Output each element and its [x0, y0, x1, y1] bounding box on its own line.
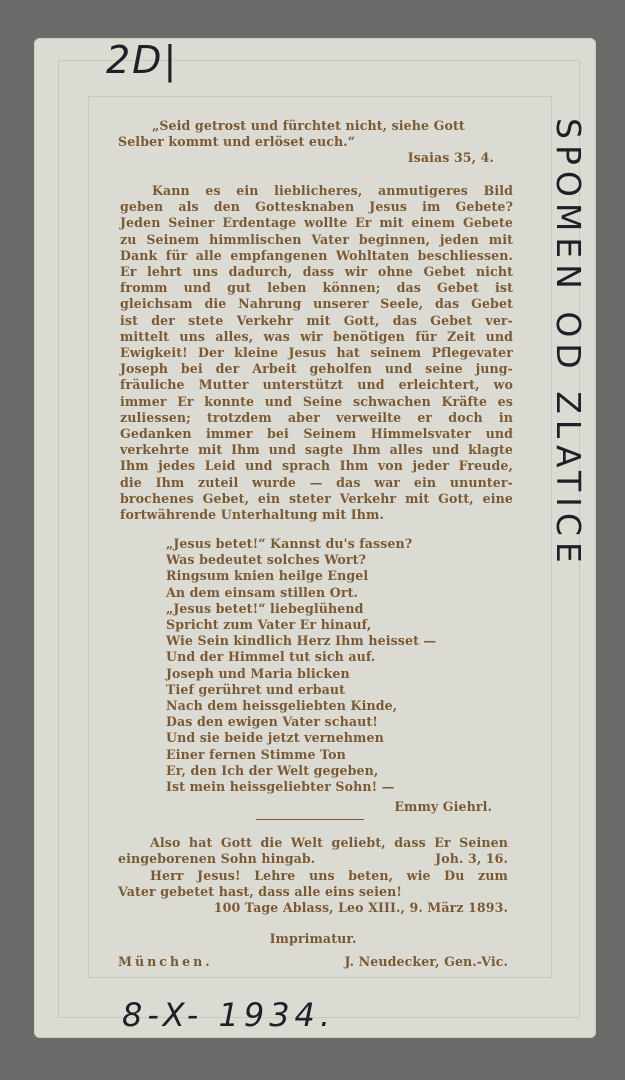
poem-line: Das den ewigen Vater schaut! [166, 714, 506, 730]
prayer-line-1: Herr Jesus! Lehre uns beten, wie Du zum [118, 868, 508, 884]
epigraph-reference: Isaias 35, 4. [118, 150, 514, 166]
body-line: verkehrte mit Ihm und sagte Ihm alles un… [120, 442, 513, 458]
body-line: Gedanken immer bei Seinem Himmelsvater u… [120, 426, 513, 442]
body-line: mittelt uns alles, was wir benötigen für… [120, 329, 513, 345]
body-line: brochenes Gebet, ein steter Verkehr mit … [120, 491, 513, 507]
body-line: Ihm jedes Leid und sprach Ihm von jeder … [120, 458, 513, 474]
prayer: Herr Jesus! Lehre uns beten, wie Du zum … [118, 868, 508, 917]
scripture-quote: Also hat Gott die Welt geliebt, dass Er … [118, 835, 508, 867]
body-line: ist der stete Verkehr mit Gott, das Gebe… [120, 313, 513, 329]
scripture-reference: Joh. 3, 16. [435, 851, 508, 867]
imprimatur-label: Imprimatur. [118, 931, 508, 947]
imprimatur-city: München. [118, 954, 213, 970]
body-paragraph: Kann es ein lieblicheres, anmutigeres Bi… [120, 183, 513, 523]
body-line: Ewigkeit! Der kleine Jesus hat seinem Pf… [120, 345, 513, 361]
imprimatur-signatory: J. Neudecker, Gen.-Vic. [300, 954, 508, 970]
body-line: fortwährende Unterhaltung mit Ihm. [120, 507, 513, 523]
poem-line: Und der Himmel tut sich auf. [166, 649, 506, 665]
body-line: fräuliche Mutter unterstützt und erleich… [120, 377, 513, 393]
poem: „Jesus betet!“ Kannst du's fassen? Was b… [166, 536, 506, 815]
epigraph-line-2: Selber kommt und erlöset euch.“ [118, 134, 514, 150]
scripture-line-2: eingeborenen Sohn hingab. Joh. 3, 16. [118, 851, 508, 867]
body-line: die Ihm zuteil wurde — das war ein ununt… [120, 475, 513, 491]
poem-line: Wie Sein kindlich Herz Ihm heisset — [166, 633, 506, 649]
city-text: München. [118, 954, 213, 970]
body-line: gleichsam die Nahrung unserer Seele, das… [120, 296, 513, 312]
poem-line: Einer fernen Stimme Ton [166, 747, 506, 763]
poem-line: Was bedeutet solches Wort? [166, 552, 506, 568]
body-line: fromm und gut leben können; das Gebet is… [120, 280, 513, 296]
body-line: Dank für alle empfangenen Wohltaten besc… [120, 248, 513, 264]
scripture-line-1: Also hat Gott die Welt geliebt, dass Er … [118, 835, 508, 851]
body-line: Er lehrt uns dadurch, dass wir ohne Gebe… [120, 264, 513, 280]
prayer-line-2: Vater gebetet hast, dass alle eins seien… [118, 884, 508, 900]
epigraph: „Seid getrost und fürchtet nicht, siehe … [118, 118, 514, 167]
body-line: Joseph bei der Arbeit geholfen und seine… [120, 361, 513, 377]
poem-line: Ringsum knien heilge Engel [166, 568, 506, 584]
scripture-text: eingeborenen Sohn hingab. [118, 851, 315, 867]
body-line: zuliessen; trotzdem aber verweilte er do… [120, 410, 513, 426]
poem-line: Er, den Ich der Welt gegeben, [166, 763, 506, 779]
body-line: Jeden Seiner Erdentage wollte Er mit ein… [120, 215, 513, 231]
indulgence-note: 100 Tage Ablass, Leo XIII., 9. März 1893… [118, 900, 508, 916]
body-line: geben als den Gottesknaben Jesus im Gebe… [120, 199, 513, 215]
body-line: zu Seinem himmlischen Vater beginnen, je… [120, 232, 513, 248]
poem-line: Tief gerühret und erbaut [166, 682, 506, 698]
handwritten-date: 8-X- 1934. [122, 996, 335, 1034]
handwritten-side-note: SPOMEN OD ZLATICE [548, 118, 588, 569]
poem-line: Und sie beide jetzt vernehmen [166, 730, 506, 746]
imprimatur-text: Imprimatur. [118, 931, 508, 947]
poem-line: „Jesus betet!“ liebeglühend [166, 601, 506, 617]
poem-line: Spricht zum Vater Er hinauf, [166, 617, 506, 633]
body-line: immer Er konnte und Seine schwachen Kräf… [120, 394, 513, 410]
handwritten-catalog-number: 2D| [106, 38, 178, 82]
poem-line: Nach dem heissgeliebten Kinde, [166, 698, 506, 714]
body-line: Kann es ein lieblicheres, anmutigeres Bi… [120, 183, 513, 199]
poem-line: „Jesus betet!“ Kannst du's fassen? [166, 536, 506, 552]
epigraph-line-1: „Seid getrost und fürchtet nicht, siehe … [118, 118, 514, 134]
signatory-text: J. Neudecker, Gen.-Vic. [300, 954, 508, 970]
poem-line: An dem einsam stillen Ort. [166, 585, 506, 601]
poem-line: Joseph und Maria blicken [166, 666, 506, 682]
poem-author: Emmy Giehrl. [166, 799, 506, 815]
section-divider [256, 819, 364, 820]
poem-line: Ist mein heissgeliebter Sohn! — [166, 779, 506, 795]
